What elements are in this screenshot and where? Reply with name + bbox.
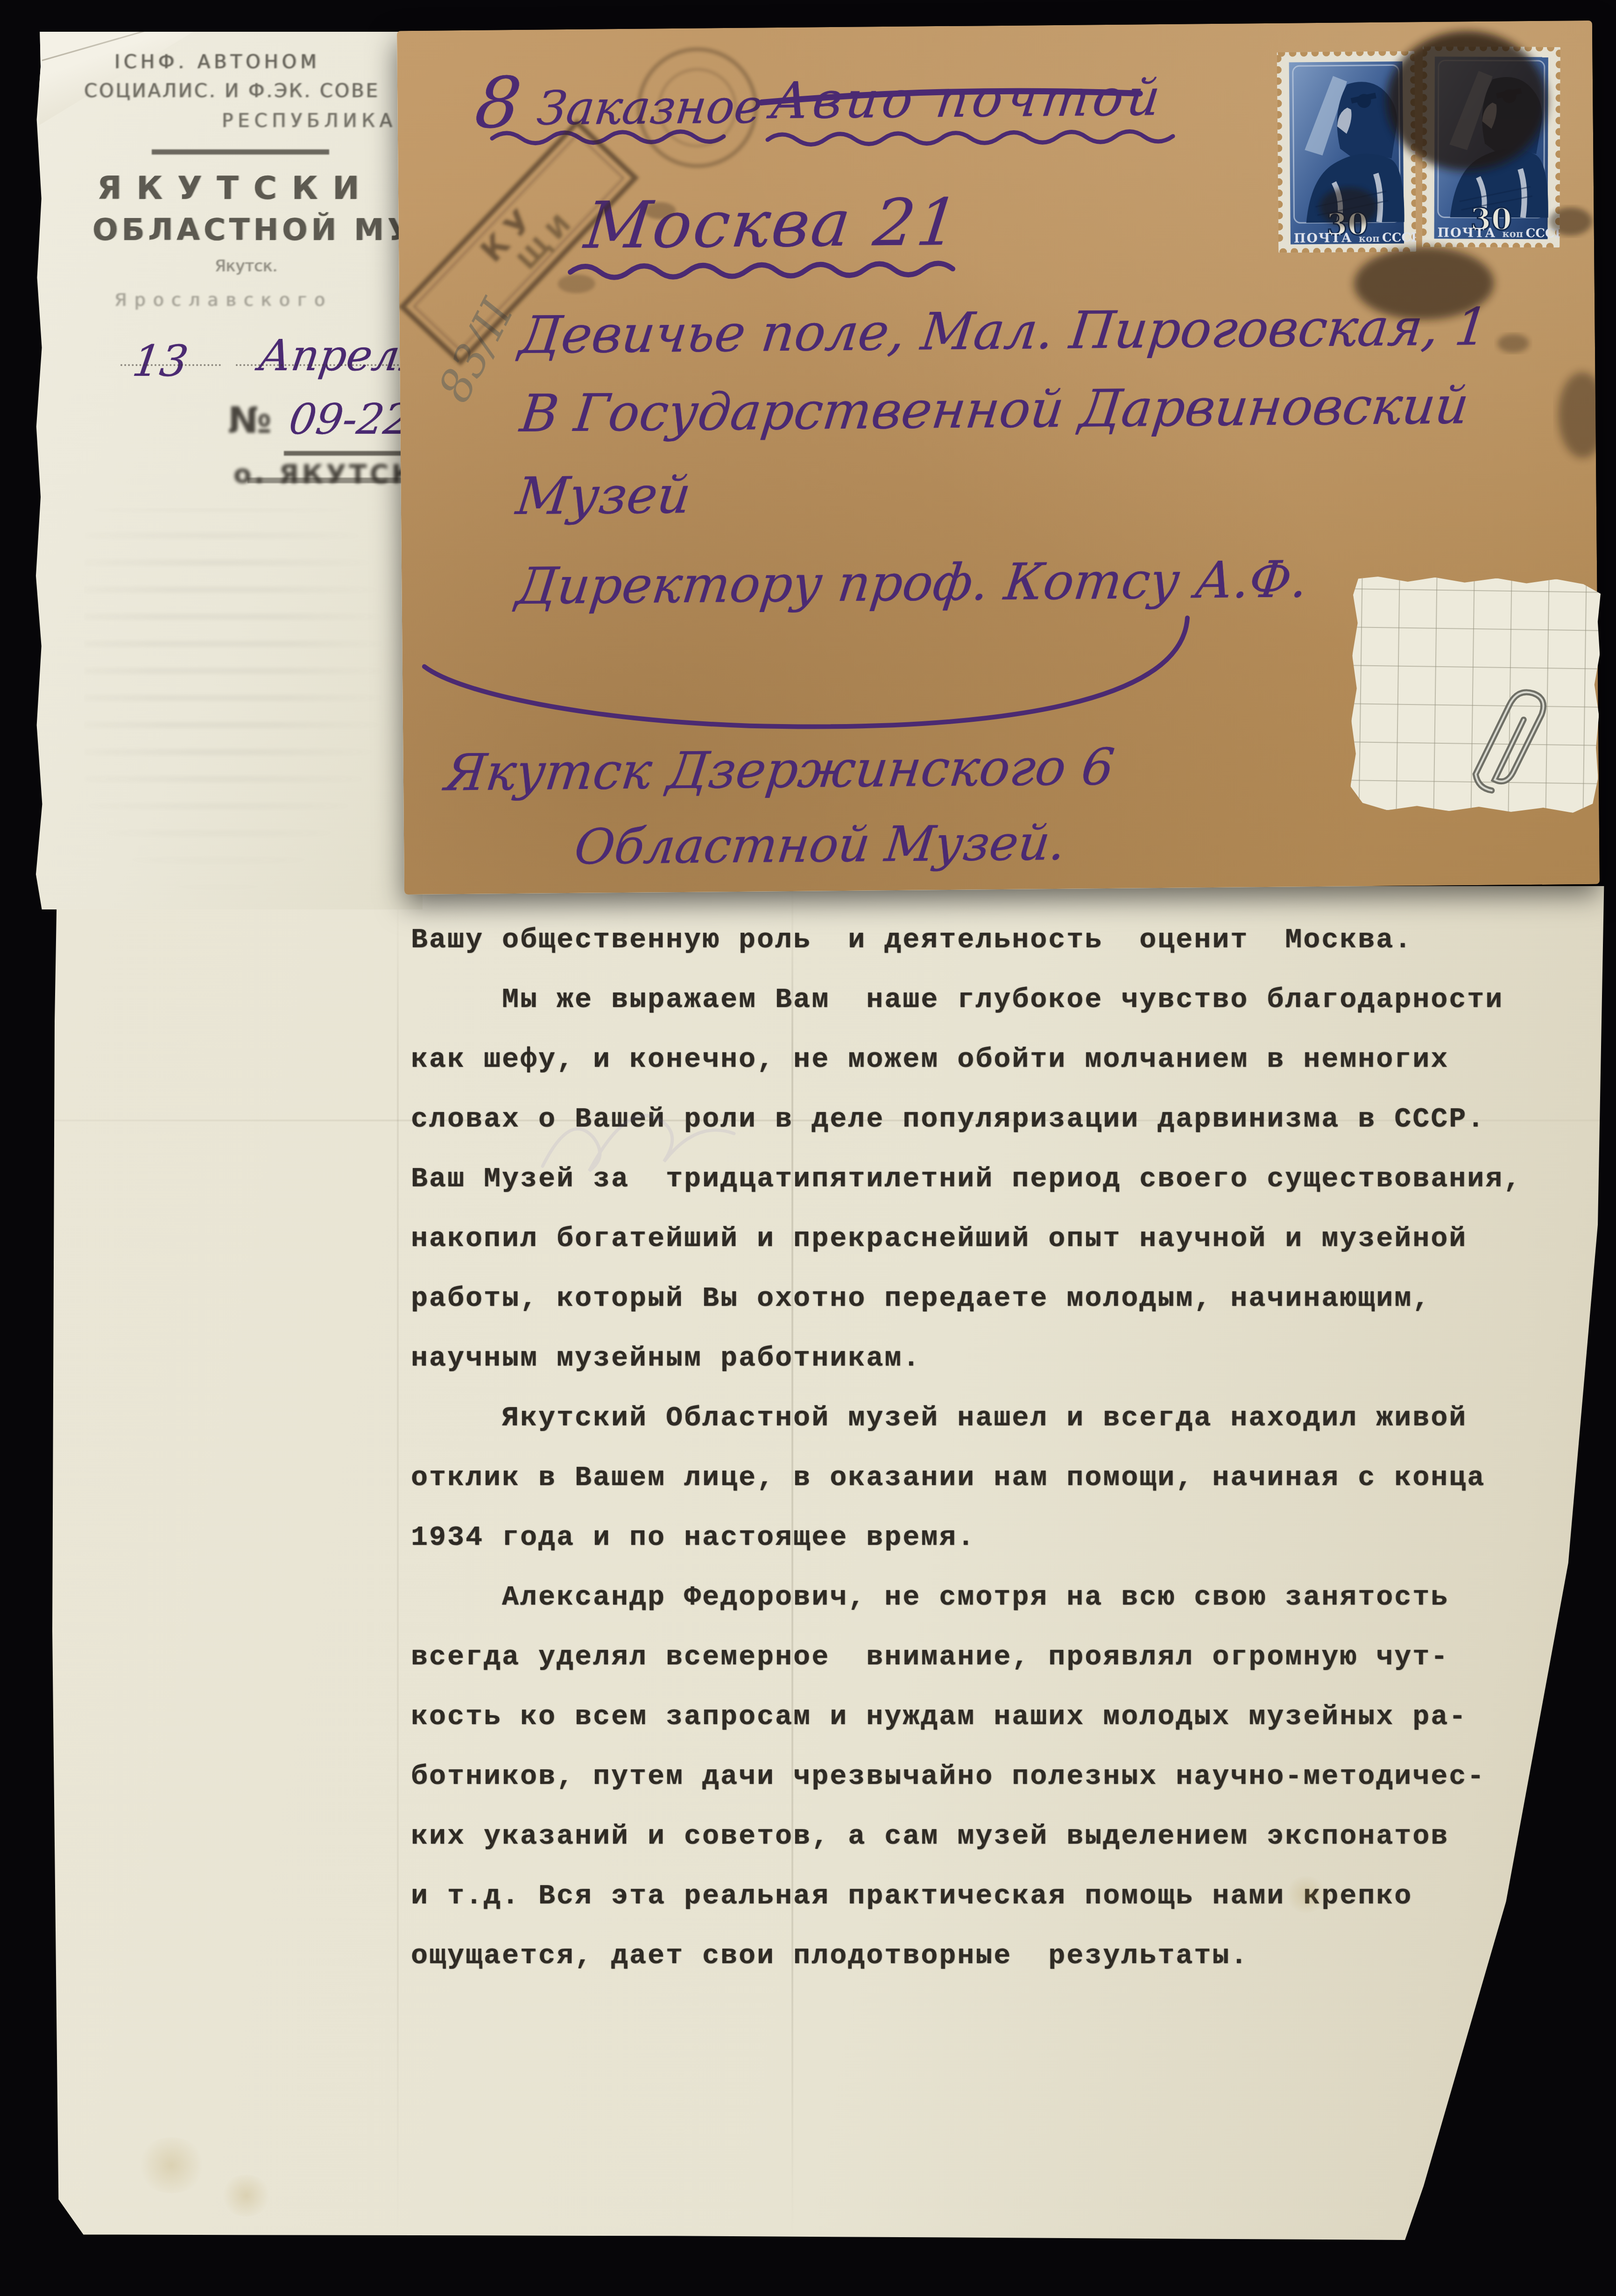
- typed-line: ких указаний и советов, а сам музей выде…: [411, 1807, 1522, 1866]
- stamp-cccp-label: СССР: [1526, 226, 1560, 240]
- handwritten-crossed-airmail: Авио почтой: [768, 69, 1167, 130]
- stamp-pochta-label: ПОЧТА: [1438, 225, 1496, 240]
- typed-line: 1934 года и по настоящее время.: [411, 1508, 1522, 1568]
- typed-line: всегда уделял всемерное внимание, проявл…: [411, 1627, 1522, 1687]
- handwritten-address-line4: Директору проф. Котсу А.Ф.: [513, 550, 1311, 616]
- typed-line: отклик в Вашем лице, в оказании нам помо…: [411, 1448, 1522, 1508]
- letterhead-sheet: ІСНФ. АВТОНОМ СОЦИАЛИС. И Ф.ЭК. СОВЕ РЕС…: [28, 32, 423, 909]
- letterhead-org-line1: ЯКУТСКИ: [97, 170, 374, 207]
- paper-stain: [1285, 1876, 1327, 1913]
- handwritten-number-8: 8: [471, 63, 525, 144]
- paper-stain: [220, 2175, 272, 2217]
- handwritten-sender-line1: Якутск Дзержинского 6: [442, 738, 1117, 803]
- typed-line: накопил богатейший и прекраснейший опыт …: [411, 1209, 1522, 1269]
- handwritten-city: Москва 21: [581, 185, 964, 263]
- handwritten-date-day: 13: [129, 336, 191, 386]
- cachet-letters-2: ЩИ: [511, 204, 581, 275]
- handwritten-address-line2: В Государственной Дарвиновский: [517, 375, 1472, 444]
- smudged-stamp-line: о. ЯКУТСК: [233, 459, 416, 489]
- postage-stamp-left: 30 ПОЧТА коп СССР: [1277, 51, 1416, 253]
- typed-line: Якутский Областной музей нашел и всегда …: [411, 1388, 1522, 1448]
- faint-pencil-scribble: [524, 1045, 767, 1199]
- typed-line: Вашу общественную роль и деятельность оц…: [411, 910, 1522, 970]
- handwritten-address-line1: Девичье поле, Мал. Пироговская, 1: [516, 297, 1491, 365]
- ghost-ink-impressions: [84, 508, 383, 891]
- letterhead-city: Якутск.: [215, 257, 277, 275]
- folded-corner: [39, 32, 193, 125]
- archival-photo: Вашу общественную роль и деятельность оц…: [0, 0, 1616, 2296]
- pencil-archive-note: 83/II: [428, 291, 524, 410]
- handwritten-number: 09-22: [286, 395, 414, 444]
- fold-crease-vertical-left: [397, 886, 399, 2240]
- typed-line: работы, который Вы охотно передаете моло…: [411, 1269, 1522, 1329]
- typed-line: Александр Федорович, не смотря на всю св…: [411, 1568, 1522, 1627]
- typed-line: Мы же выражаем Вам наше глубокое чувство…: [411, 970, 1522, 1030]
- stamp-kop-label: коп: [1359, 232, 1380, 244]
- stamp-kop-label: коп: [1503, 228, 1524, 239]
- stamp-cccp-label: СССР: [1382, 231, 1416, 245]
- sender-flourish-curve: [424, 618, 1188, 730]
- letterhead-stamp-line2: СОЦИАЛИС. И Ф.ЭК. СОВЕ: [84, 80, 380, 102]
- wavy-underline-airmail: [768, 131, 1173, 145]
- typed-letter-sheet: Вашу общественную роль и деятельность оц…: [52, 886, 1607, 2240]
- typed-line: кость ко всем запросам и нуждам наших мо…: [411, 1687, 1522, 1747]
- handwritten-address-line3: Музей: [513, 465, 694, 526]
- letterhead-org-line2: ОБЛАСТНОЙ МУ: [92, 213, 414, 247]
- letterhead-street: Ярославского: [114, 289, 332, 310]
- smudge-strike: [247, 478, 425, 483]
- handwritten-sender-line2: Областной Музей.: [572, 814, 1068, 875]
- aviator-stamp-graphic: 30 ПОЧТА коп СССР: [1422, 46, 1560, 247]
- handwritten-registered: Заказное: [535, 79, 765, 135]
- number-sign-stamped: №: [228, 400, 275, 442]
- letterhead-stamp-line1: ІСНФ. АВТОНОМ: [114, 51, 320, 73]
- paper-stain: [136, 2137, 206, 2193]
- postage-stamp-right: 30 ПОЧТА коп СССР: [1422, 46, 1560, 247]
- letterhead-stamp-line3: РЕСПУБЛИКА: [222, 110, 397, 132]
- wavy-underline-city: [570, 263, 953, 278]
- cachet-letters-1: КУ: [473, 197, 545, 269]
- typed-line: ощущается, дает свои плодотворные резуль…: [411, 1926, 1522, 1986]
- letterhead-rule-bar: [152, 149, 329, 155]
- typed-line: и т.д. Вся эта реальная практическая пом…: [411, 1866, 1522, 1926]
- date-line: [120, 364, 221, 366]
- stamp-pochta-label: ПОЧТА: [1294, 231, 1353, 246]
- typed-line: научным музейным работникам.: [411, 1329, 1522, 1388]
- typed-line: ботников, путем дачи чрезвычайно полезны…: [411, 1747, 1522, 1807]
- aviator-stamp-graphic: 30 ПОЧТА коп СССР: [1277, 51, 1416, 253]
